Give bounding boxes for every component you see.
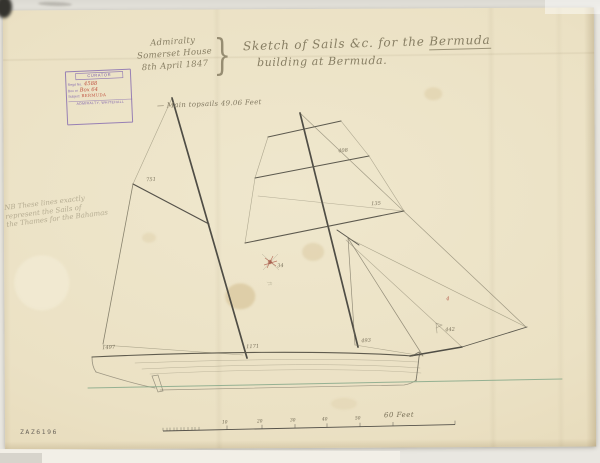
main-gaff-line [133, 184, 209, 224]
keel-line [160, 380, 416, 390]
scale-tick-label: 40 [322, 417, 328, 422]
sail-area-main-luff: 1497 [102, 344, 115, 351]
stamp-footer: ADMIRALTY, WHITEHALL [68, 99, 132, 107]
center-mark-number: 34 [277, 263, 284, 269]
sail-area-main-foot: 1171 [246, 343, 259, 350]
sheer-line [92, 352, 412, 357]
main-mast-group [103, 98, 247, 358]
stamp-field-label: Box or [68, 89, 78, 93]
sail-area-lower-topsail: 135 [371, 200, 381, 206]
foresail-luff [348, 238, 355, 345]
lower-topsail-side [245, 178, 255, 243]
upper-topsail-side [255, 137, 268, 178]
stamp-content: CURATOR Regd No. 4588 Box or Box 64 Subj… [66, 70, 134, 108]
stamp-field-label: Subject [68, 95, 80, 99]
gaff-topsail-luff [133, 98, 172, 184]
stem-profile [412, 352, 420, 381]
waterline-faint [142, 365, 420, 369]
pencil-scribble: ft [266, 281, 273, 286]
fore-mast-group [245, 113, 423, 356]
deadwood-line [96, 372, 155, 388]
scale-tick-label: 10 [222, 420, 228, 425]
drawing-subtitle: building at Bermuda. [257, 54, 388, 69]
jib-stay [348, 238, 526, 327]
main-mast-line [172, 98, 247, 358]
title-office-block: Admiralty Somerset House 8th April 1847 [136, 33, 214, 74]
red-check-mark: 4 [446, 296, 450, 302]
scale-bar-line [163, 425, 455, 431]
jib-boom [462, 327, 527, 347]
foresail-leech [348, 238, 423, 356]
scale-bar-group [163, 421, 455, 431]
scale-tick-label: 50 [355, 416, 361, 421]
course-yard [245, 211, 404, 243]
waterline-faint [135, 359, 418, 363]
topsail-sheet-line [258, 196, 404, 211]
hull-group [88, 352, 562, 392]
stamp-field-value: BERMUDA [81, 92, 106, 98]
rigging-group [300, 113, 527, 356]
fore-topmast-stay [300, 113, 526, 327]
stern-profile [92, 357, 96, 372]
admiralty-archive-stamp: CURATOR Regd No. 4588 Box or Box 64 Subj… [65, 69, 133, 126]
title-brace: } [214, 30, 231, 79]
stamp-field-label: Regd No. [68, 83, 83, 87]
sail-area-jib: 442 [445, 326, 455, 332]
sail-area-mainsail: 751 [146, 176, 156, 182]
sail-area-foresail: 493 [361, 337, 371, 343]
stern-fin [152, 375, 163, 392]
archive-photo-background: CURATOR Regd No. 4588 Box or Box 64 Subj… [0, 0, 600, 463]
scale-end-label: 60 Feet [384, 411, 414, 420]
sail-area-upper-topsail: 408 [338, 147, 348, 153]
scale-tick-label: 30 [290, 418, 296, 423]
ship-name: Bermuda [429, 33, 491, 51]
scale-tick-label: 20 [257, 419, 263, 424]
reference-number: ZAZ6196 [20, 428, 58, 436]
waterline-faint [150, 370, 421, 374]
